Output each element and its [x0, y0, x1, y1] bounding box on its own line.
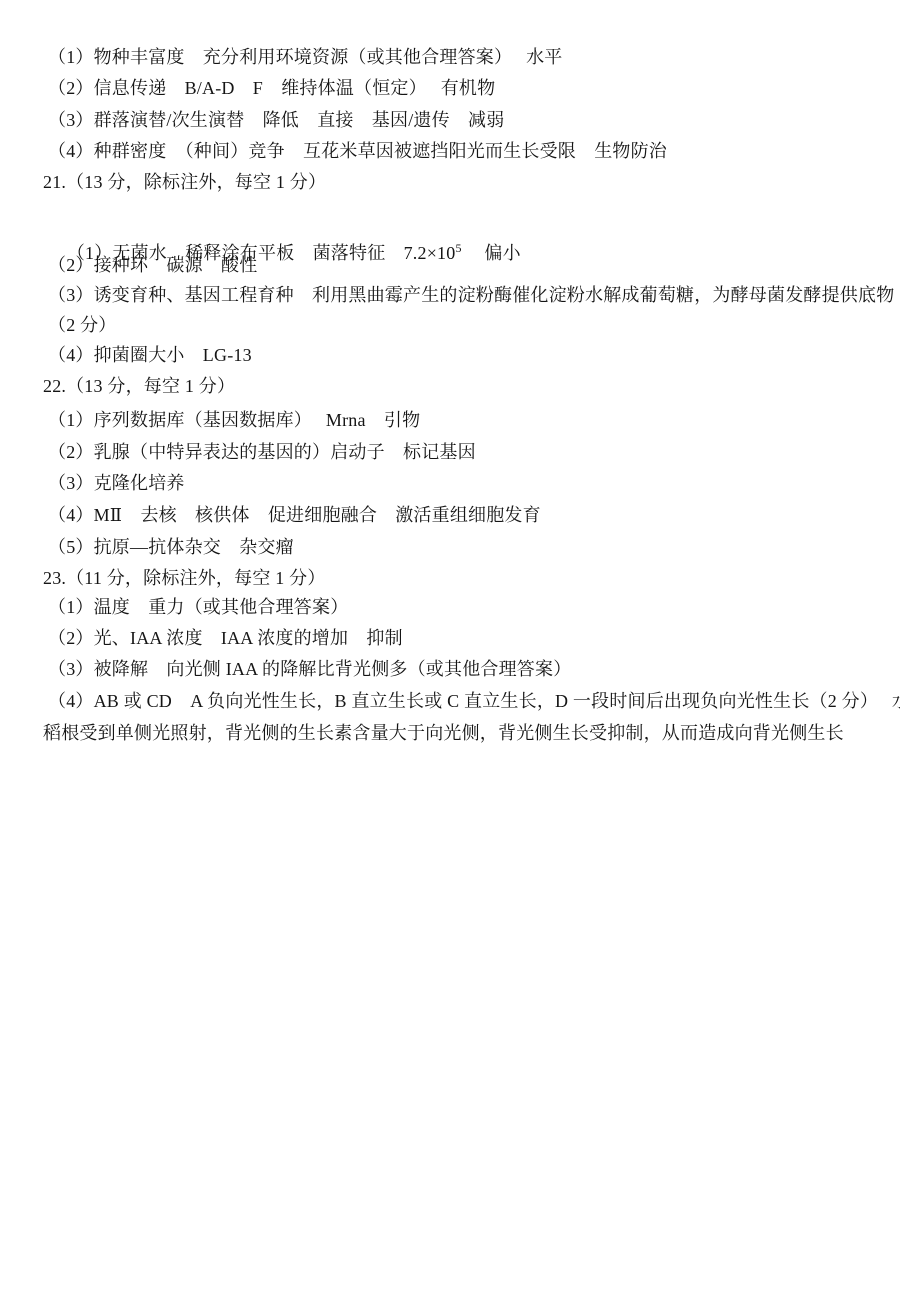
answer-sheet-page: （1）物种丰富度 充分利用环境资源（或其他合理答案） 水平 （2）信息传递 B/… — [0, 0, 900, 1303]
question-22-header: 22.（13 分，每空 1 分） — [43, 374, 235, 398]
answer-line-20-1: （1）物种丰富度 充分利用环境资源（或其他合理答案） 水平 — [48, 45, 563, 69]
question-23-header: 23.（11 分，除标注外，每空 1 分） — [43, 566, 326, 590]
answer-line-23-2: （2）光、IAA 浓度 IAA 浓度的增加 抑制 — [48, 626, 403, 650]
answer-line-20-3: （3）群落演替/次生演替 降低 直接 基因/遗传 减弱 — [48, 108, 504, 132]
answer-line-21-3b: （2 分） — [48, 313, 117, 337]
answer-line-23-4a: （4）AB 或 CD A 负向光性生长，B 直立生长或 C 直立生长，D 一段时… — [48, 689, 900, 713]
answer-line-20-2: （2）信息传递 B/A-D F 维持体温（恒定） 有机物 — [48, 76, 495, 100]
answer-line-21-3a: （3）诱变育种、基因工程育种 利用黑曲霉产生的淀粉酶催化淀粉水解成葡萄糖，为酵母… — [48, 283, 894, 307]
answer-line-21-2: （2）接种环 碳源 酸性 — [48, 253, 257, 277]
answer-line-23-4b: 稻根受到单侧光照射，背光侧的生长素含量大于向光侧，背光侧生长受抑制，从而造成向背… — [43, 721, 844, 745]
answer-line-22-1: （1）序列数据库（基因数据库） Mrna 引物 — [48, 408, 420, 432]
answer-line-22-3: （3）克隆化培养 — [48, 471, 185, 495]
answer-line-22-5: （5）抗原—抗体杂交 杂交瘤 — [48, 535, 294, 559]
answer-21-1-post: 偏小 — [461, 243, 520, 263]
answer-line-21-1: （1）无菌水 稀释涂布平板 菌落特征 7.2×105 偏小 — [48, 212, 521, 289]
answer-line-23-3: （3）被降解 向光侧 IAA 的降解比背光侧多（或其他合理答案） — [48, 657, 571, 681]
question-21-header: 21.（13 分，除标注外，每空 1 分） — [43, 170, 326, 194]
answer-line-23-1: （1）温度 重力（或其他合理答案） — [48, 595, 348, 619]
answer-line-22-2: （2）乳腺（中特异表达的基因的）启动子 标记基因 — [48, 440, 476, 464]
answer-line-21-4: （4）抑菌圈大小 LG-13 — [48, 343, 252, 367]
answer-line-20-4: （4）种群密度 （种间）竞争 互花米草因被遮挡阳光而生长受限 生物防治 — [48, 139, 667, 163]
answer-line-22-4: （4）MⅡ 去核 核供体 促进细胞融合 激活重组细胞发育 — [48, 503, 541, 527]
